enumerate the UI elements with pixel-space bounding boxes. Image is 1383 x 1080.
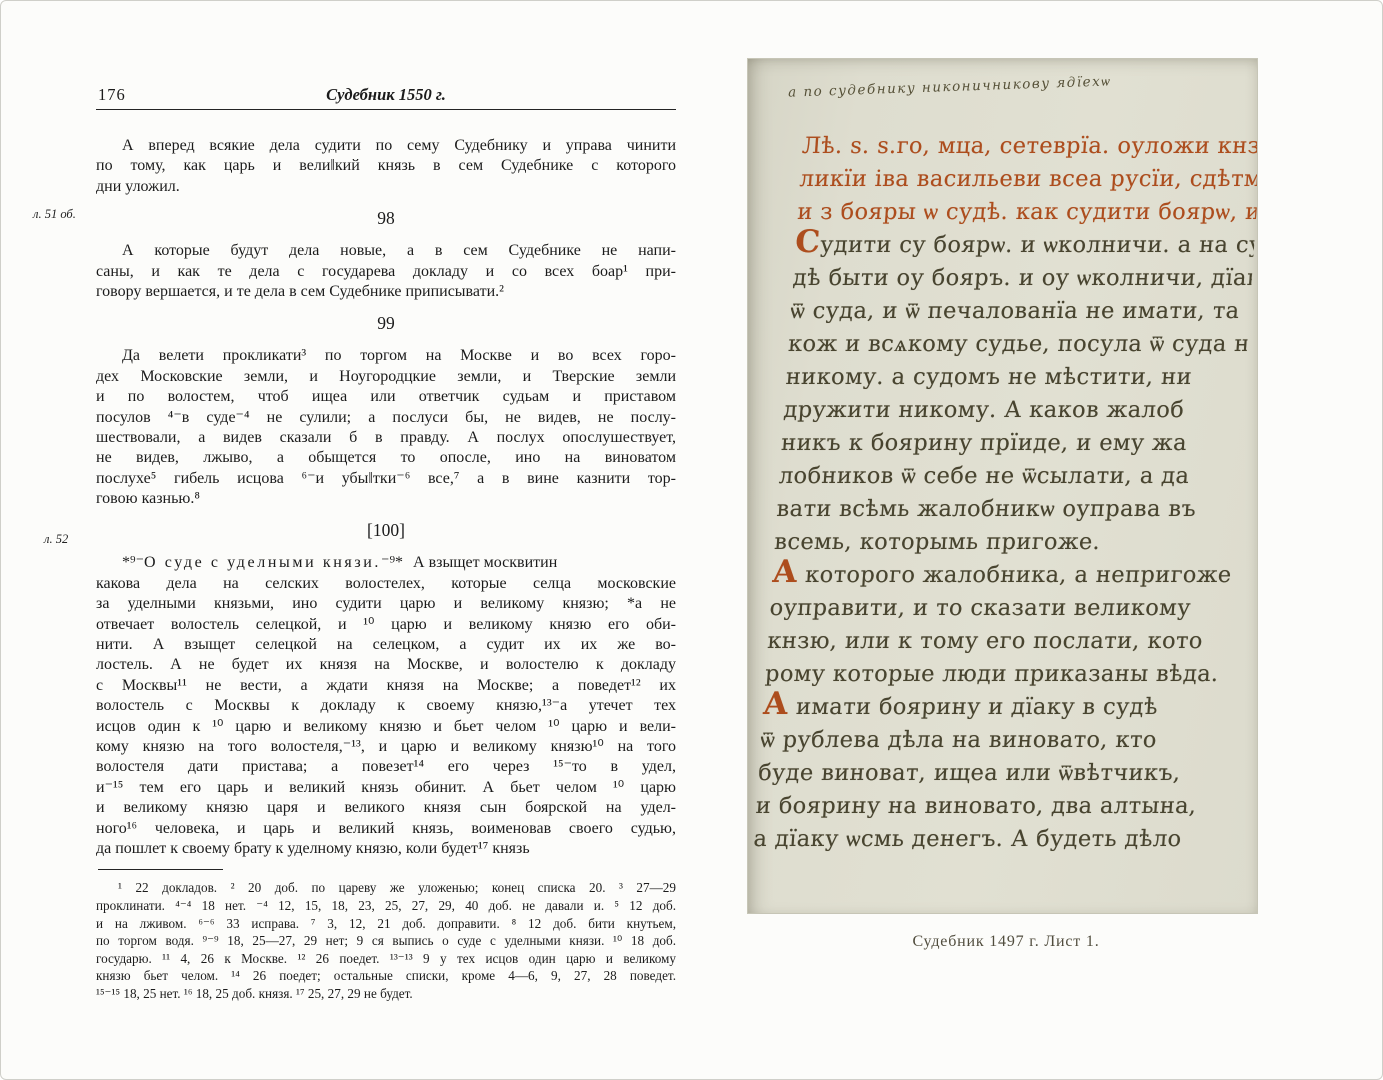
manuscript-line-text: никъ к боярину прїиде, и ему жа bbox=[780, 430, 1188, 456]
footnote-line: ¹⁵⁻¹⁵ 18, 25 нет. ¹⁶ 18, 25 доб. князя. … bbox=[96, 985, 676, 1003]
manuscript-line-text: лобников ѿ себе не ѿсылати, а да bbox=[778, 463, 1190, 489]
facsimile-caption: Судебник 1497 г. Лист 1. bbox=[881, 933, 1131, 951]
heading-close-mark: ⁻⁹* bbox=[381, 554, 403, 571]
manuscript-line: рому которые люди приказаны вѣда. bbox=[764, 655, 1225, 688]
heading-open-mark: *⁹⁻ bbox=[122, 554, 144, 571]
manuscript-line-text: и з бояры ѡ судѣ. как судити боярѡ, и ѡк… bbox=[797, 199, 1258, 225]
page-body: л. 51 об. л. 52 А вперед всякие дела суд… bbox=[96, 136, 676, 1002]
text-line: отвечает волостель селецкой, и ¹⁰ царю и… bbox=[96, 615, 676, 635]
manuscript-line: ликїи іва васильеви всеа русїи, сдѣтми с… bbox=[799, 160, 1258, 193]
text-line: послухе⁵ гибель исцова ⁶⁻и убы‖тки⁻⁶ все… bbox=[96, 469, 676, 489]
manuscript-line-text: ѿ рублева дѣла на виновато, кто bbox=[760, 727, 1158, 753]
manuscript-line: лобников ѿ себе не ѿсылати, а да bbox=[778, 457, 1239, 490]
manuscript-line-text: кнзю, или к тому его послати, кото bbox=[767, 628, 1204, 654]
text-line: лостель. А не будет их князя на Москве, … bbox=[96, 655, 676, 675]
manuscript-line-text: удити су боярѡ. и ѡколничи. а на су bbox=[819, 232, 1255, 258]
text-line: говору вершается, и те дела в сем Судебн… bbox=[96, 282, 676, 302]
printed-page: 176 Судебник 1550 г. л. 51 об. л. 52 А в… bbox=[96, 85, 676, 1002]
manuscript-line: А которого жалобника, а непригоже bbox=[771, 556, 1232, 589]
text-line: дех Московские земли, и Ноугородцкие зем… bbox=[96, 367, 676, 387]
manuscript-line-text: дѣ быти оу бояръ. и оу ѡколничи, дїакѡ bbox=[792, 265, 1253, 291]
manuscript-line: ѿ рублева дѣла на виновато, кто bbox=[760, 721, 1221, 754]
manuscript-initial: С bbox=[794, 226, 822, 259]
manuscript-line-text: которого жалобника, а непригоже bbox=[797, 562, 1233, 588]
footnote-line: ¹ 22 докладов. ² 20 доб. по цареву же ул… bbox=[96, 879, 676, 897]
text-line: А которые будут дела новые, а в сем Суде… bbox=[96, 241, 676, 261]
text-line: да пошлет к своему брату к уделному княз… bbox=[96, 839, 676, 859]
text-line: саны, и как те дела с государева докладу… bbox=[96, 262, 676, 282]
manuscript-line-text: рому которые люди приказаны вѣда. bbox=[764, 661, 1219, 687]
footnote-line: проклинати. ⁴⁻⁴ 18 нет. ⁻⁴ 12, 15, 18, 2… bbox=[96, 897, 676, 915]
manuscript-line-text: ликїи іва васильеви всеа русїи, сдѣтми с… bbox=[799, 166, 1258, 192]
manuscript-line: кож и всѧкому судье, посула ѿ суда не им… bbox=[787, 325, 1248, 358]
manuscript-line-text: никому. а судомъ не мѣстити, ни bbox=[785, 364, 1193, 390]
manuscript-line-text: Лѣ. ѕ. ѕ.го, мца, сетеврїа. оуложи кнзь … bbox=[801, 133, 1258, 159]
manuscript-line: и з бояры ѡ судѣ. как судити боярѡ, и ѡк… bbox=[796, 193, 1257, 226]
text-line: дни уложил. bbox=[96, 177, 676, 197]
page-header: 176 Судебник 1550 г. bbox=[96, 85, 676, 107]
manuscript-line: вати всѣмь жалобникѡ оуправа въ bbox=[776, 490, 1237, 523]
margin-note-folio-51: л. 51 об. bbox=[33, 207, 76, 222]
manuscript-line-text: вати всѣмь жалобникѡ оуправа въ bbox=[776, 496, 1197, 522]
footnote-line: государю. ¹¹ 4, 26 к Москве. ¹² 26 поеде… bbox=[96, 950, 676, 968]
manuscript-text-block: Лѣ. ѕ. ѕ.го, мца, сетеврїа. оуложи кнзь … bbox=[753, 127, 1258, 853]
text-line: волостеля дати пристава; а повезет¹⁴ его… bbox=[96, 757, 676, 777]
text-line: ного¹⁶ человека, и царь и великий князь,… bbox=[96, 819, 676, 839]
manuscript-line: буде виноват, ищеа или ѿвѣтчикъ, bbox=[757, 754, 1218, 787]
text-line: кому князю на того волостеля,⁻¹³, и царю… bbox=[96, 737, 676, 757]
manuscript-line-text: и боярину на виновато, два алтына, bbox=[755, 793, 1198, 819]
text-line: и по волостем, чтоб ищеа или ответчик су… bbox=[96, 387, 676, 407]
text-line: и⁻¹⁵ тем его царь и великий князь обинит… bbox=[96, 778, 676, 798]
manuscript-line: никъ к боярину прїиде, и ему жа bbox=[780, 424, 1241, 457]
text-line: А вперед всякие дела судити по сему Суде… bbox=[96, 136, 676, 156]
article-99-number: 99 bbox=[96, 312, 676, 335]
manuscript-line: А имати боярину и дїаку в судѣ bbox=[762, 688, 1223, 721]
text-line: с Москвы¹¹ не вести, а ждати князя на Мо… bbox=[96, 676, 676, 696]
footnote-line: князю бьет челом. ¹⁴ 26 поедет; остальны… bbox=[96, 967, 676, 985]
scribal-annotation: а по судебнику никоничникову ядїехѡ bbox=[788, 73, 1112, 100]
footnote-line: по торгом водя. ⁹⁻⁹ 18, 25—27, 29 нет; 9… bbox=[96, 932, 676, 950]
text-line: по тому, как царь и вели‖кий князь в сем… bbox=[96, 156, 676, 176]
text-line: за уделными князьми, ино судити царю и в… bbox=[96, 594, 676, 614]
article-100-heading: О суде с уделными князи. bbox=[144, 554, 381, 571]
manuscript-line: ѿ суда, и ѿ печалованїа не имати, та bbox=[790, 292, 1251, 325]
running-title: Судебник 1550 г. bbox=[96, 85, 676, 105]
manuscript-line: оуправити, и то сказати великому bbox=[769, 589, 1230, 622]
book-spread-scan: 176 Судебник 1550 г. л. 51 об. л. 52 А в… bbox=[0, 0, 1383, 1080]
header-rule bbox=[96, 109, 676, 110]
manuscript-line: и боярину на виновато, два алтына, bbox=[755, 787, 1216, 820]
article-100-heading-line: *⁹⁻О суде с уделными князи.⁻⁹*А взыщет м… bbox=[96, 553, 676, 573]
manuscript-line-text: кож и всѧкому судье, посула ѿ суда не им… bbox=[787, 331, 1248, 357]
text-line: какова дела на селских волостелех, котор… bbox=[96, 574, 676, 594]
manuscript-line: Лѣ. ѕ. ѕ.го, мца, сетеврїа. оуложи кнзь … bbox=[801, 127, 1258, 160]
manuscript-line: Судити су боярѡ. и ѡколничи. а на су bbox=[794, 226, 1255, 259]
manuscript-facsimile: а по судебнику никоничникову ядїехѡ Лѣ. … bbox=[747, 58, 1258, 914]
text-line: посулов ⁴⁻в суде⁻⁴ не сулили; а послуси … bbox=[96, 408, 676, 428]
text-line: говою казнью.⁸ bbox=[96, 489, 676, 509]
manuscript-line: никому. а судомъ не мѣстити, ни bbox=[785, 358, 1246, 391]
manuscript-initial: А bbox=[771, 556, 799, 589]
footnote-line: и на лживом. ⁶⁻⁶ 33 исправа. ⁷ 3, 12, 21… bbox=[96, 915, 676, 933]
text-line: не видев, лжыво, а обыщется то опосле, и… bbox=[96, 448, 676, 468]
margin-note-folio-52: л. 52 bbox=[44, 532, 68, 547]
manuscript-line-text: оуправити, и то сказати великому bbox=[769, 595, 1192, 621]
manuscript-line-text: имати боярину и дїаку в судѣ bbox=[788, 694, 1159, 720]
article-98-number: 98 bbox=[96, 207, 676, 230]
manuscript-line-text: а дїаку ѡсмь денегъ. А будеть дѣло bbox=[753, 826, 1183, 852]
text-line: исцов один к ¹⁰ царю и великому князю и … bbox=[96, 717, 676, 737]
manuscript-line: дружити никому. А каков жалоб bbox=[783, 391, 1244, 424]
text-line: шествовали, а видев сказали б в правду. … bbox=[96, 428, 676, 448]
footnote-separator bbox=[98, 869, 223, 870]
article-100-number: [100] bbox=[96, 519, 676, 542]
manuscript-line-text: ѿ суда, и ѿ печалованїа не имати, та bbox=[790, 298, 1241, 324]
manuscript-initial: А bbox=[762, 688, 790, 721]
text-line: и великому князю царя и великого князя с… bbox=[96, 798, 676, 818]
manuscript-line: дѣ быти оу бояръ. и оу ѡколничи, дїакѡ bbox=[792, 259, 1253, 292]
manuscript-line: всемь, которымь пригоже. bbox=[773, 523, 1234, 556]
manuscript-line: кнзю, или к тому его послати, кото bbox=[766, 622, 1227, 655]
text-line: нити. А взыщет селецкой на селецком, а с… bbox=[96, 635, 676, 655]
text-line: Да велети прокликати³ по торгом на Москв… bbox=[96, 346, 676, 366]
manuscript-line-text: дружити никому. А каков жалоб bbox=[783, 397, 1185, 423]
heading-rest-text: А взыщет москвитин bbox=[413, 554, 557, 571]
manuscript-line-text: буде виноват, ищеа или ѿвѣтчикъ, bbox=[757, 760, 1181, 786]
text-line: волостель с Москвы к докладу к своему кн… bbox=[96, 696, 676, 716]
manuscript-line-text: всемь, которымь пригоже. bbox=[773, 529, 1101, 555]
manuscript-line: а дїаку ѡсмь денегъ. А будеть дѣло bbox=[753, 820, 1214, 853]
